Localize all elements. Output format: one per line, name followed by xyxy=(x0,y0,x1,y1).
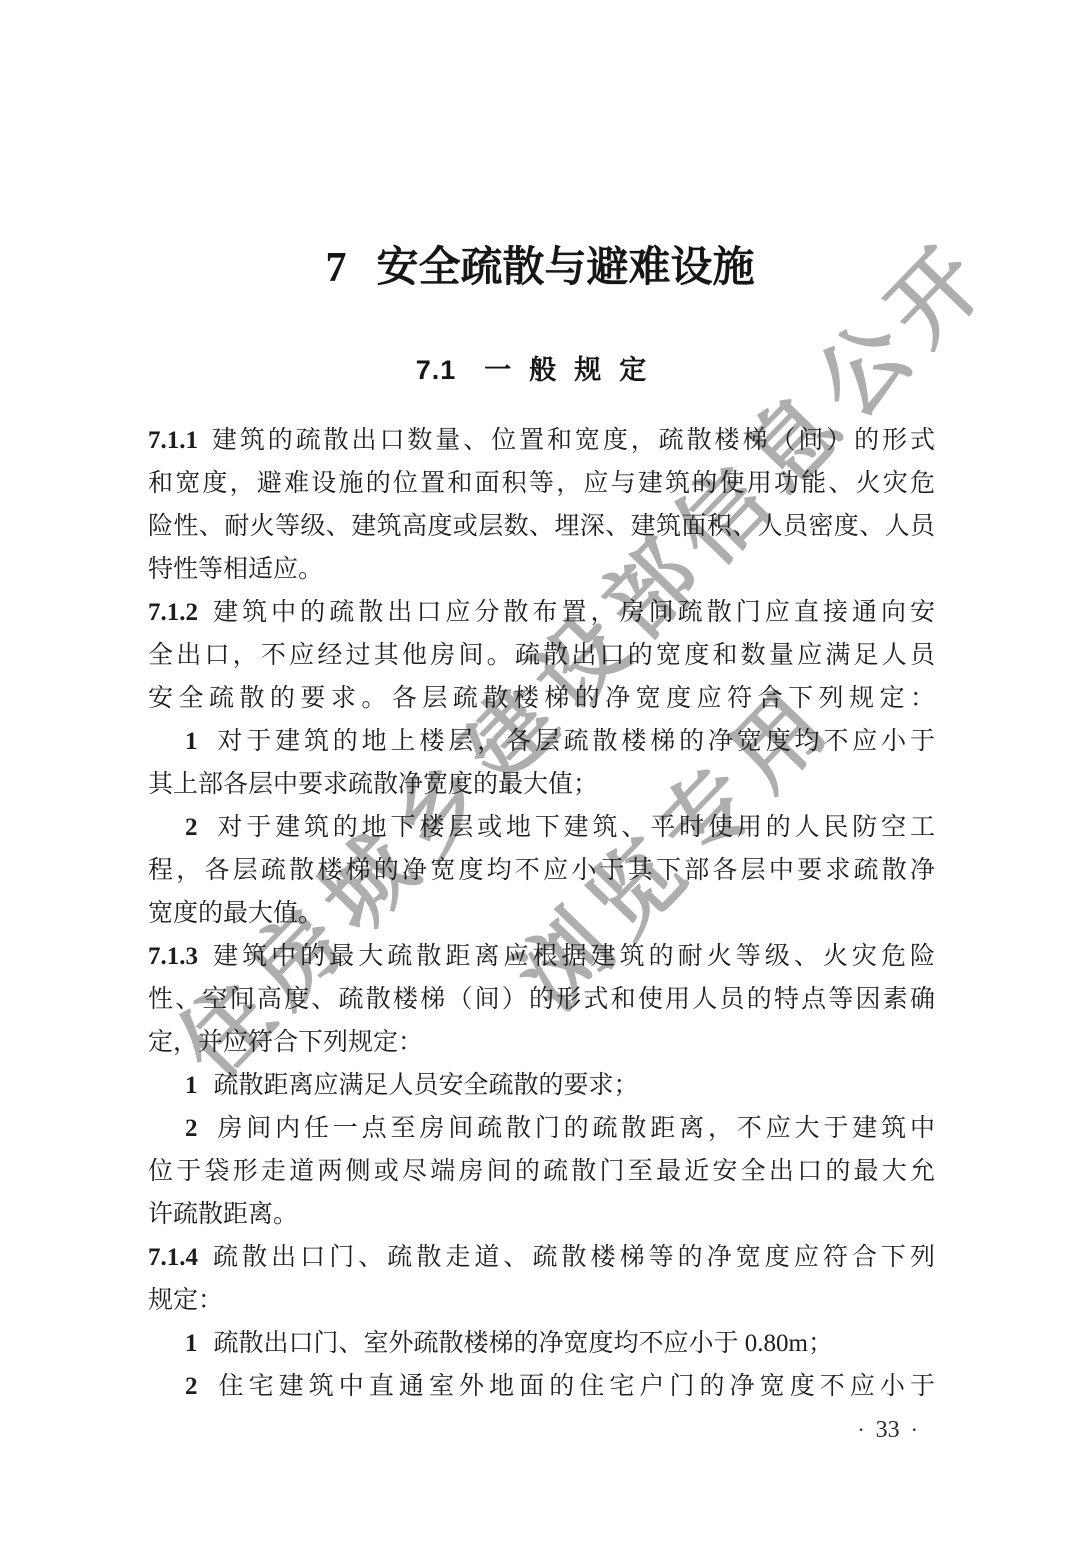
body-line: 2住宅建筑中直通室外地面的住宅户门的净宽度不应小于 xyxy=(148,1365,935,1408)
body-line: 7.1.3建筑中的最大疏散距离应根据建筑的耐火等级、火灾危险 xyxy=(148,935,935,978)
body-line: 1疏散出口门、室外疏散楼梯的净宽度均不应小于 0.80m； xyxy=(148,1322,935,1365)
item-number: 2 xyxy=(185,1115,198,1142)
body-line: 全出口，不应经过其他房间。疏散出口的宽度和数量应满足人员 xyxy=(148,634,935,677)
chapter-number: 7 xyxy=(325,245,346,291)
line-text: 全出口，不应经过其他房间。疏散出口的宽度和数量应满足人员 xyxy=(148,642,935,669)
line-text: 和宽度，避难设施的位置和面积等，应与建筑的使用功能、火灾危 xyxy=(148,470,935,497)
section-number: 7.1 xyxy=(416,355,457,385)
body-line: 定，并应符合下列规定： xyxy=(148,1021,935,1064)
line-text: 住宅建筑中直通室外地面的住宅户门的净宽度不应小于 xyxy=(214,1373,936,1400)
line-text: 对于建筑的地上楼层，各层疏散楼梯的净宽度均不应小于 xyxy=(214,728,936,755)
body-line: 2对于建筑的地下楼层或地下建筑、平时使用的人民防空工 xyxy=(148,806,935,849)
line-text: 安全疏散的要求。各层疏散楼梯的净宽度应符合下列规定： xyxy=(148,685,935,712)
line-text: 定，并应符合下列规定： xyxy=(148,1029,423,1056)
chapter-heading: 7安全疏散与避难设施 xyxy=(0,238,1080,298)
body-line: 1疏散距离应满足人员安全疏散的要求； xyxy=(148,1064,935,1107)
body-line: 安全疏散的要求。各层疏散楼梯的净宽度应符合下列规定： xyxy=(148,677,935,720)
body-line: 宽度的最大值。 xyxy=(148,892,935,935)
body-line: 程，各层疏散楼梯的净宽度均不应小于其下部各层中要求疏散净 xyxy=(148,849,935,892)
line-text: 其上部各层中要求疏散净宽度的最大值； xyxy=(148,771,598,798)
line-text: 位于袋形走道两侧或尽端房间的疏散门至最近安全出口的最大允 xyxy=(148,1158,935,1185)
body-line: 险性、耐火等级、建筑高度或层数、埋深、建筑面积、人员密度、人员 xyxy=(148,505,935,548)
clause-number: 7.1.3 xyxy=(148,943,198,970)
body-line: 7.1.4疏散出口门、疏散走道、疏散楼梯等的净宽度应符合下列 xyxy=(148,1236,935,1279)
line-text: 建筑中的最大疏散距离应根据建筑的耐火等级、火灾危险 xyxy=(209,943,935,970)
body-text: 7.1.1建筑的疏散出口数量、位置和宽度，疏散楼梯（间）的形式和宽度，避难设施的… xyxy=(148,419,935,1408)
line-text: 疏散距离应满足人员安全疏散的要求； xyxy=(214,1072,639,1099)
item-number: 1 xyxy=(185,728,198,755)
body-line: 特性等相适应。 xyxy=(148,548,935,591)
clause-number: 7.1.1 xyxy=(148,427,198,454)
body-line: 2房间内任一点至房间疏散门的疏散距离，不应大于建筑中 xyxy=(148,1107,935,1150)
line-text: 性、空间高度、疏散楼梯（间）的形式和使用人员的特点等因素确 xyxy=(148,986,935,1013)
page-number: ·33· xyxy=(148,1414,929,1446)
line-text: 对于建筑的地下楼层或地下建筑、平时使用的人民防空工 xyxy=(214,814,936,841)
clause-number: 7.1.2 xyxy=(148,599,198,626)
body-line: 其上部各层中要求疏散净宽度的最大值； xyxy=(148,763,935,806)
body-line: 位于袋形走道两侧或尽端房间的疏散门至最近安全出口的最大允 xyxy=(148,1150,935,1193)
section-title: 一般规定 xyxy=(484,355,664,385)
body-line: 性、空间高度、疏散楼梯（间）的形式和使用人员的特点等因素确 xyxy=(148,978,935,1021)
item-number: 2 xyxy=(185,814,198,841)
section-heading: 7.1一般规定 xyxy=(0,350,1080,390)
body-line: 1对于建筑的地上楼层，各层疏散楼梯的净宽度均不应小于 xyxy=(148,720,935,763)
page-number-left-dot: · xyxy=(857,1417,864,1442)
body-line: 和宽度，避难设施的位置和面积等，应与建筑的使用功能、火灾危 xyxy=(148,462,935,505)
line-text: 许疏散距离。 xyxy=(148,1201,298,1228)
page-number-value: 33 xyxy=(876,1417,900,1443)
body-line: 7.1.1建筑的疏散出口数量、位置和宽度，疏散楼梯（间）的形式 xyxy=(148,419,935,462)
line-text: 建筑中的疏散出口应分散布置，房间疏散门应直接通向安 xyxy=(209,599,935,626)
page-content: 7安全疏散与避难设施 7.1一般规定 7.1.1建筑的疏散出口数量、位置和宽度，… xyxy=(0,0,1080,1565)
body-line: 7.1.2建筑中的疏散出口应分散布置，房间疏散门应直接通向安 xyxy=(148,591,935,634)
line-text: 疏散出口门、室外疏散楼梯的净宽度均不应小于 0.80m； xyxy=(214,1330,833,1357)
clause-number: 7.1.4 xyxy=(148,1244,198,1271)
line-text: 规定： xyxy=(148,1287,223,1314)
item-number: 1 xyxy=(185,1072,198,1099)
line-text: 建筑的疏散出口数量、位置和宽度，疏散楼梯（间）的形式 xyxy=(209,427,935,454)
line-text: 宽度的最大值。 xyxy=(148,900,323,927)
document-page: 住房城乡建设部信息公开 浏览专用 7安全疏散与避难设施 7.1一般规定 7.1.… xyxy=(0,0,1080,1565)
item-number: 2 xyxy=(185,1373,198,1400)
line-text: 特性等相适应。 xyxy=(148,556,323,583)
item-number: 1 xyxy=(185,1330,198,1357)
line-text: 险性、耐火等级、建筑高度或层数、埋深、建筑面积、人员密度、人员 xyxy=(148,513,935,540)
line-text: 房间内任一点至房间疏散门的疏散距离，不应大于建筑中 xyxy=(214,1115,936,1142)
body-line: 许疏散距离。 xyxy=(148,1193,935,1236)
body-line: 规定： xyxy=(148,1279,935,1322)
line-text: 程，各层疏散楼梯的净宽度均不应小于其下部各层中要求疏散净 xyxy=(148,857,935,884)
chapter-title: 安全疏散与避难设施 xyxy=(376,245,754,291)
line-text: 疏散出口门、疏散走道、疏散楼梯等的净宽度应符合下列 xyxy=(209,1244,935,1271)
page-number-right-dot: · xyxy=(911,1417,918,1442)
